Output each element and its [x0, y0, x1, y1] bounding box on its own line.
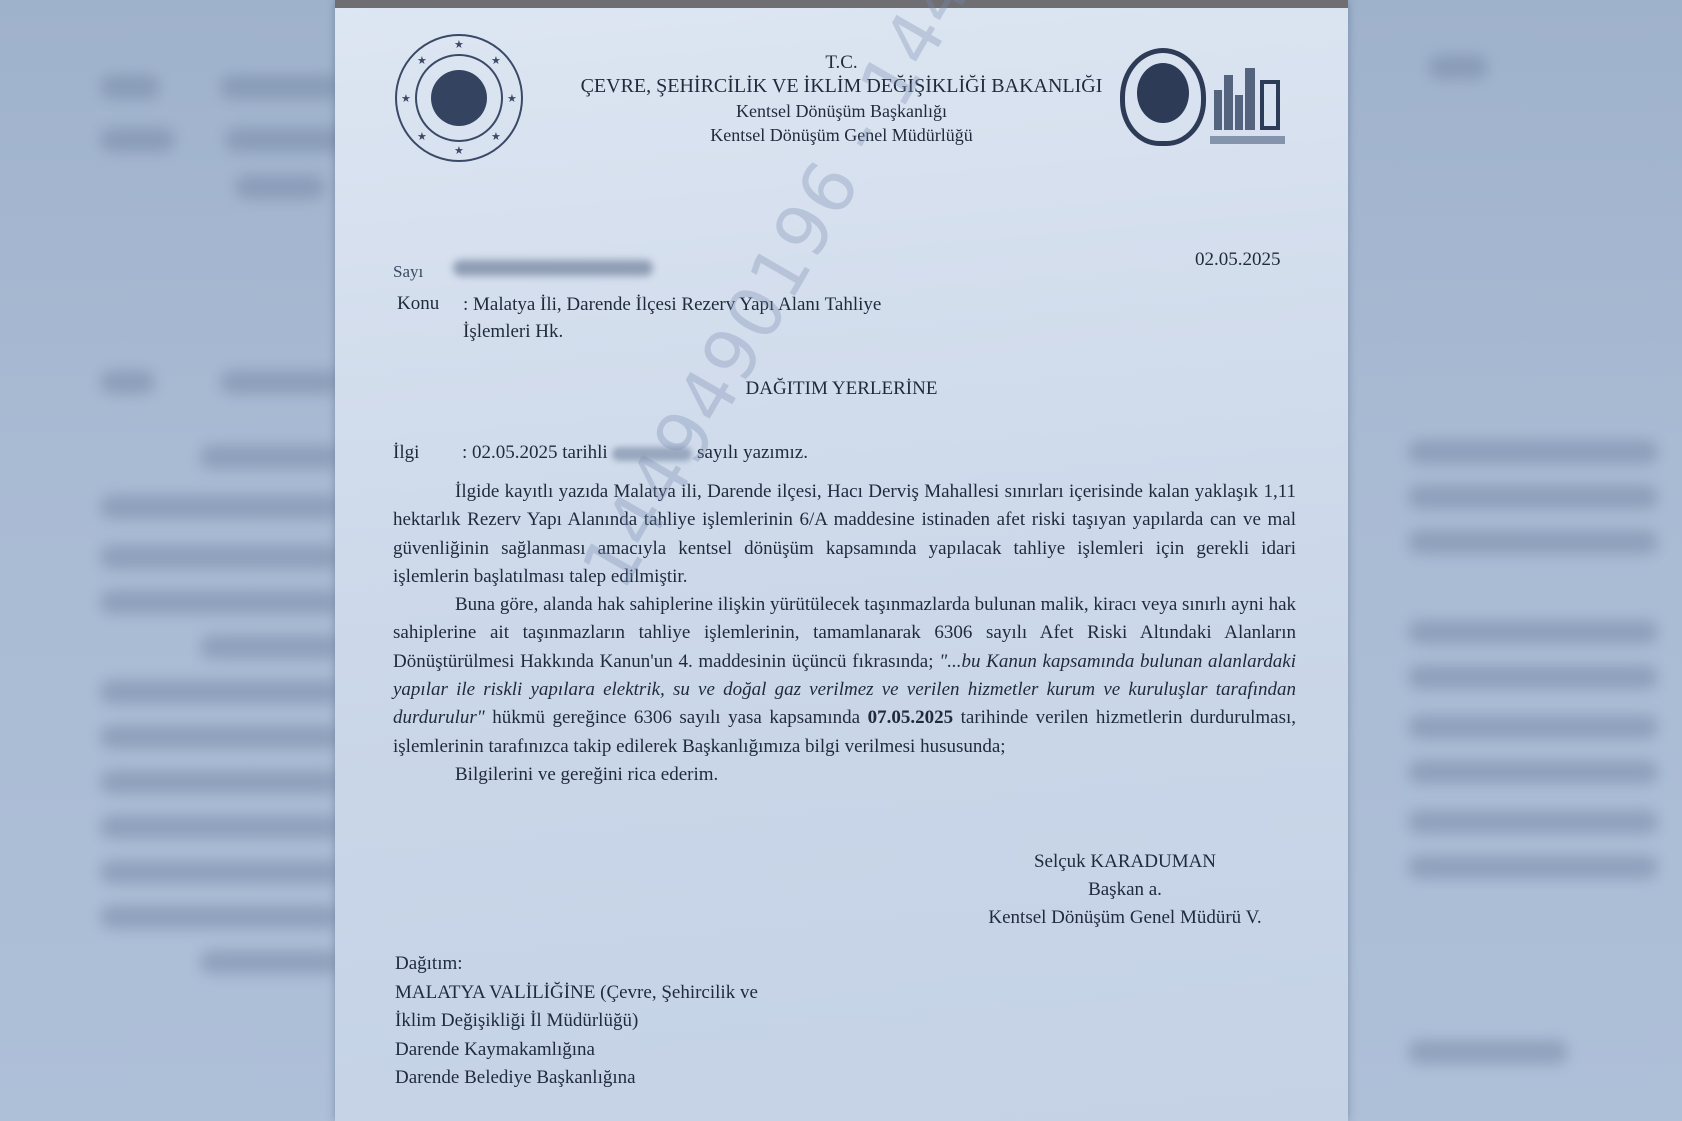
- distribution-item: Darende Kaymakamlığına: [395, 1036, 758, 1065]
- blurred-background-right: [1348, 0, 1682, 1121]
- konu-label: Konu: [397, 293, 439, 315]
- blurred-background-left: [0, 0, 335, 1121]
- letter-body: İlgide kayıtlı yazıda Malatya ili, Daren…: [393, 478, 1296, 789]
- ilgi-text-before: : 02.05.2025 tarihli: [462, 442, 608, 463]
- distribution-item: Darende Belediye Başkanlığına: [395, 1064, 758, 1093]
- ilgi-text-after: sayılı yazımız.: [697, 442, 808, 463]
- ilgi-label: İlgi: [393, 442, 419, 464]
- distribution-label: Dağıtım:: [395, 950, 758, 979]
- distribution-list: Dağıtım: MALATYA VALİLİĞİNE (Çevre, Şehi…: [395, 950, 758, 1093]
- sayi-value-redacted: [453, 260, 653, 276]
- signatory-title-1: Başkan a.: [935, 876, 1315, 904]
- sayi-label: Sayı: [393, 262, 423, 282]
- official-letter-page: ★ ★ ★ ★ ★ ★ ★ ★ T.C. ÇEVRE, ŞEHİRCİLİK V…: [335, 0, 1348, 1121]
- body-paragraph-1: İlgide kayıtlı yazıda Malatya ili, Daren…: [393, 478, 1296, 591]
- kentsel-donusum-logo-icon: [1210, 50, 1290, 150]
- family-year-logo-icon: [1120, 48, 1206, 146]
- ilgi-number-redacted: [612, 447, 692, 461]
- ilgi-text: : 02.05.2025 tarihli sayılı yazımız.: [462, 442, 808, 464]
- addressee-heading: DAĞITIM YERLERİNE: [335, 378, 1348, 400]
- body-paragraph-3: Bilgilerini ve gereğini rica ederim.: [393, 761, 1296, 789]
- body-paragraph-2: Buna göre, alanda hak sahiplerine ilişki…: [393, 591, 1296, 761]
- konu-text: : Malatya İli, Darende İlçesi Rezerv Yap…: [463, 291, 883, 345]
- distribution-item: MALATYA VALİLİĞİNE (Çevre, Şehircilik ve: [395, 979, 758, 1008]
- distribution-item: İklim Değişikliği İl Müdürlüğü): [395, 1007, 758, 1036]
- signature-block: Selçuk KARADUMAN Başkan a. Kentsel Dönüş…: [935, 848, 1315, 932]
- letter-date: 02.05.2025: [1195, 249, 1281, 271]
- signatory-title-2: Kentsel Dönüşüm Genel Müdürü V.: [935, 904, 1315, 932]
- signatory-name: Selçuk KARADUMAN: [935, 848, 1315, 876]
- deadline-date: 07.05.2025: [868, 707, 954, 728]
